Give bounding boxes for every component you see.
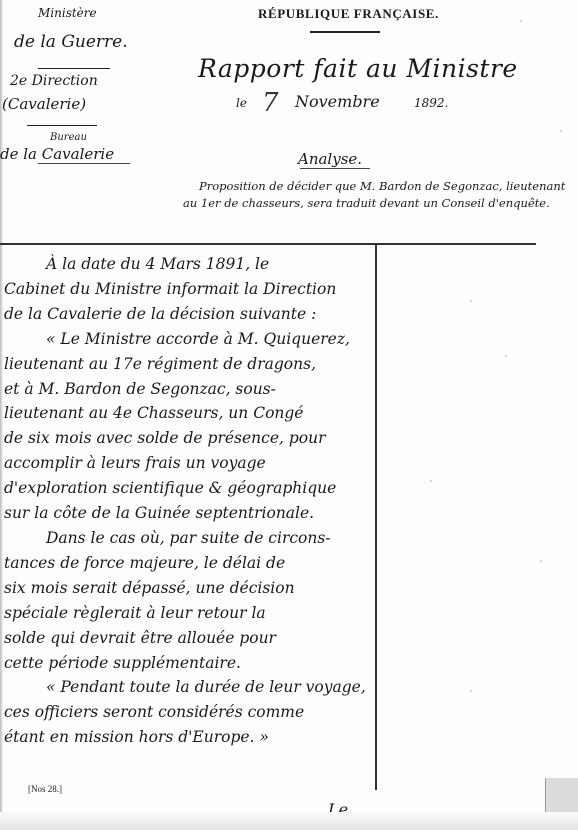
analysis-text: Proposition de décider que M. Bardon de …	[183, 178, 578, 212]
body-line: et à M. Bardon de Segonzac, sous-	[0, 377, 375, 402]
body-line: solde qui devrait être allouée pour	[0, 626, 375, 651]
republic-heading: RÉPUBLIQUE FRANÇAISE.	[258, 6, 439, 22]
body-line: six mois serait dépassé, une décision	[0, 576, 375, 601]
underline	[300, 168, 370, 169]
document-page: Ministère de la Guerre. 2e Direction (Ca…	[0, 0, 578, 830]
margin-rule	[375, 245, 377, 790]
body-line: tances de force majeure, le délai de	[0, 551, 375, 576]
ministry-label: Ministère	[38, 6, 97, 20]
bureau-label: Bureau	[50, 132, 87, 143]
report-body: À la date du 4 Mars 1891, leCabinet du M…	[0, 252, 375, 750]
date-prefix: le	[236, 96, 247, 110]
horizontal-rule	[0, 243, 536, 245]
body-line: sur la côte de la Guinée septentrionale.	[0, 501, 375, 526]
body-line: « Pendant toute la durée de leur voyage,	[0, 675, 375, 700]
ornament-divider	[38, 68, 110, 69]
scan-shadow	[0, 812, 578, 830]
direction-label: 2e Direction	[10, 73, 98, 89]
body-line: spéciale règlerait à leur retour la	[0, 601, 375, 626]
body-line: « Le Ministre accorde à M. Quiquerez,	[0, 327, 375, 352]
direction-name: (Cavalerie)	[2, 95, 86, 113]
body-line: lieutenant au 4e Chasseurs, un Congé	[0, 401, 375, 426]
body-line: accomplir à leurs frais un voyage	[0, 451, 375, 476]
bureau-name: de la Cavalerie	[0, 145, 114, 163]
analysis-heading: Analyse.	[298, 150, 362, 168]
body-line: Cabinet du Ministre informait la Directi…	[0, 277, 375, 302]
folio-number: [Nos 28.]	[28, 784, 62, 794]
report-title: Rapport fait au Ministre	[198, 54, 518, 83]
ministry-name: de la Guerre.	[14, 32, 128, 52]
body-line: étant en mission hors d'Europe. »	[0, 725, 375, 750]
body-line: Dans le cas où, par suite de circons-	[0, 526, 375, 551]
date-day: 7	[262, 88, 279, 118]
body-line: de six mois avec solde de présence, pour	[0, 426, 375, 451]
body-line: d'exploration scientifique & géographiqu…	[0, 476, 375, 501]
divider	[27, 125, 97, 126]
body-line: ces officiers seront considérés comme	[0, 700, 375, 725]
date-year: 1892.	[414, 96, 448, 110]
body-line: cette période supplémentaire.	[0, 651, 375, 676]
body-line: de la Cavalerie de la décision suivante …	[0, 302, 375, 327]
body-line: lieutenant au 17e régiment de dragons,	[0, 352, 375, 377]
underline	[38, 163, 130, 164]
date-month: Novembre	[295, 92, 380, 111]
ornament-divider	[310, 31, 380, 33]
body-line: À la date du 4 Mars 1891, le	[0, 252, 375, 277]
